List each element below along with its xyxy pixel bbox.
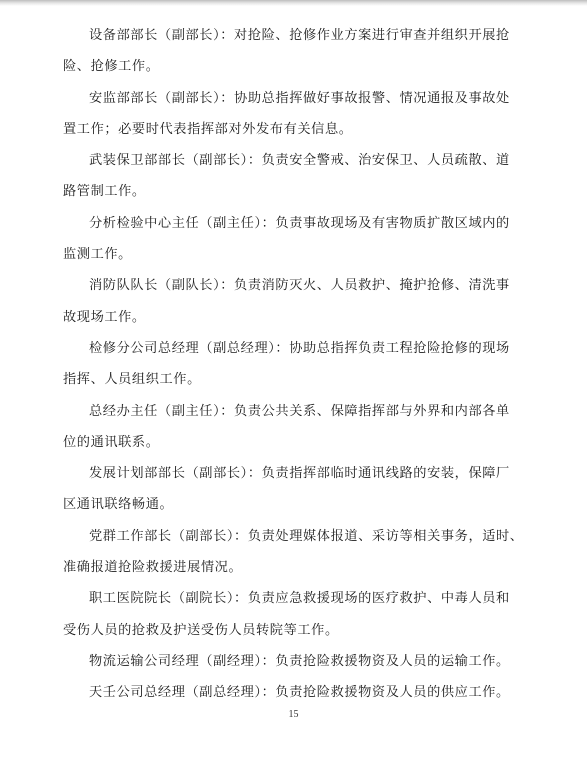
paragraph-continuation-line: 险、抢修工作。 [63, 51, 525, 82]
paragraph-first-line: 安监部部长（副部长）：协助总指挥做好事故报警、情况通报及事故处 [63, 83, 525, 114]
paragraph-continuation-line: 路管制工作。 [63, 176, 525, 207]
paragraph-first-line: 物流运输公司经理（副经理）：负责抢险救援物资及人员的运输工作。 [63, 646, 525, 677]
paragraph: 消防队队长（副队长）：负责消防灭火、人员救护、掩护抢修、清洗事故现场工作。 [63, 270, 525, 333]
paragraph-continuation-line: 故现场工作。 [63, 302, 525, 333]
paragraph-first-line: 分析检验中心主任（副主任）：负责事故现场及有害物质扩散区域内的 [63, 208, 525, 239]
paragraph-first-line: 党群工作部长（副部长）：负责处理媒体报道、采访等相关事务，适时、 [63, 521, 525, 552]
paragraph-first-line: 总经办主任（副主任）：负责公共关系、保障指挥部与外界和内部各单 [63, 396, 525, 427]
paragraph-first-line: 武装保卫部部长（副部长）：负责安全警戒、治安保卫、人员疏散、道 [63, 145, 525, 176]
paragraph: 发展计划部部长（副部长）：负责指挥部临时通讯线路的安装，保障厂区通讯联络畅通。 [63, 458, 525, 521]
paragraph: 天壬公司总经理（副总经理）：负责抢险救援物资及人员的供应工作。 [63, 677, 525, 708]
paragraph-first-line: 消防队队长（副队长）：负责消防灭火、人员救护、掩护抢修、清洗事 [63, 270, 525, 301]
paragraph-continuation-line: 区通讯联络畅通。 [63, 489, 525, 520]
paragraph-first-line: 发展计划部部长（副部长）：负责指挥部临时通讯线路的安装，保障厂 [63, 458, 525, 489]
paragraph-continuation-line: 受伤人员的抢救及护送受伤人员转院等工作。 [63, 615, 525, 646]
document-body: 设备部部长（副部长）：对抢险、抢修作业方案进行审查并组织开展抢险、抢修工作。安监… [63, 20, 525, 709]
document-page: 设备部部长（副部长）：对抢险、抢修作业方案进行审查并组织开展抢险、抢修工作。安监… [0, 0, 587, 778]
paragraph: 安监部部长（副部长）：协助总指挥做好事故报警、情况通报及事故处置工作；必要时代表… [63, 83, 525, 146]
paragraph-first-line: 职工医院院长（副院长）：负责应急救援现场的医疗救护、中毒人员和 [63, 583, 525, 614]
page-number: 15 [0, 709, 587, 720]
paragraph: 武装保卫部部长（副部长）：负责安全警戒、治安保卫、人员疏散、道路管制工作。 [63, 145, 525, 208]
paragraph: 物流运输公司经理（副经理）：负责抢险救援物资及人员的运输工作。 [63, 646, 525, 677]
paragraph-continuation-line: 指挥、人员组织工作。 [63, 364, 525, 395]
paragraph: 党群工作部长（副部长）：负责处理媒体报道、采访等相关事务，适时、准确报道抢险救援… [63, 521, 525, 584]
paragraph-continuation-line: 监测工作。 [63, 239, 525, 270]
paragraph-continuation-line: 准确报道抢险救援进展情况。 [63, 552, 525, 583]
paragraph-continuation-line: 置工作；必要时代表指挥部对外发布有关信息。 [63, 114, 525, 145]
paragraph-first-line: 天壬公司总经理（副总经理）：负责抢险救援物资及人员的供应工作。 [63, 677, 525, 708]
paragraph: 总经办主任（副主任）：负责公共关系、保障指挥部与外界和内部各单位的通讯联系。 [63, 396, 525, 459]
paragraph: 分析检验中心主任（副主任）：负责事故现场及有害物质扩散区域内的监测工作。 [63, 208, 525, 271]
paragraph-continuation-line: 位的通讯联系。 [63, 427, 525, 458]
paragraph-first-line: 检修分公司总经理（副总经理）：协助总指挥负责工程抢险抢修的现场 [63, 333, 525, 364]
paragraph: 检修分公司总经理（副总经理）：协助总指挥负责工程抢险抢修的现场指挥、人员组织工作… [63, 333, 525, 396]
paragraph: 职工医院院长（副院长）：负责应急救援现场的医疗救护、中毒人员和受伤人员的抢救及护… [63, 583, 525, 646]
paragraph-first-line: 设备部部长（副部长）：对抢险、抢修作业方案进行审查并组织开展抢 [63, 20, 525, 51]
paragraph: 设备部部长（副部长）：对抢险、抢修作业方案进行审查并组织开展抢险、抢修工作。 [63, 20, 525, 83]
